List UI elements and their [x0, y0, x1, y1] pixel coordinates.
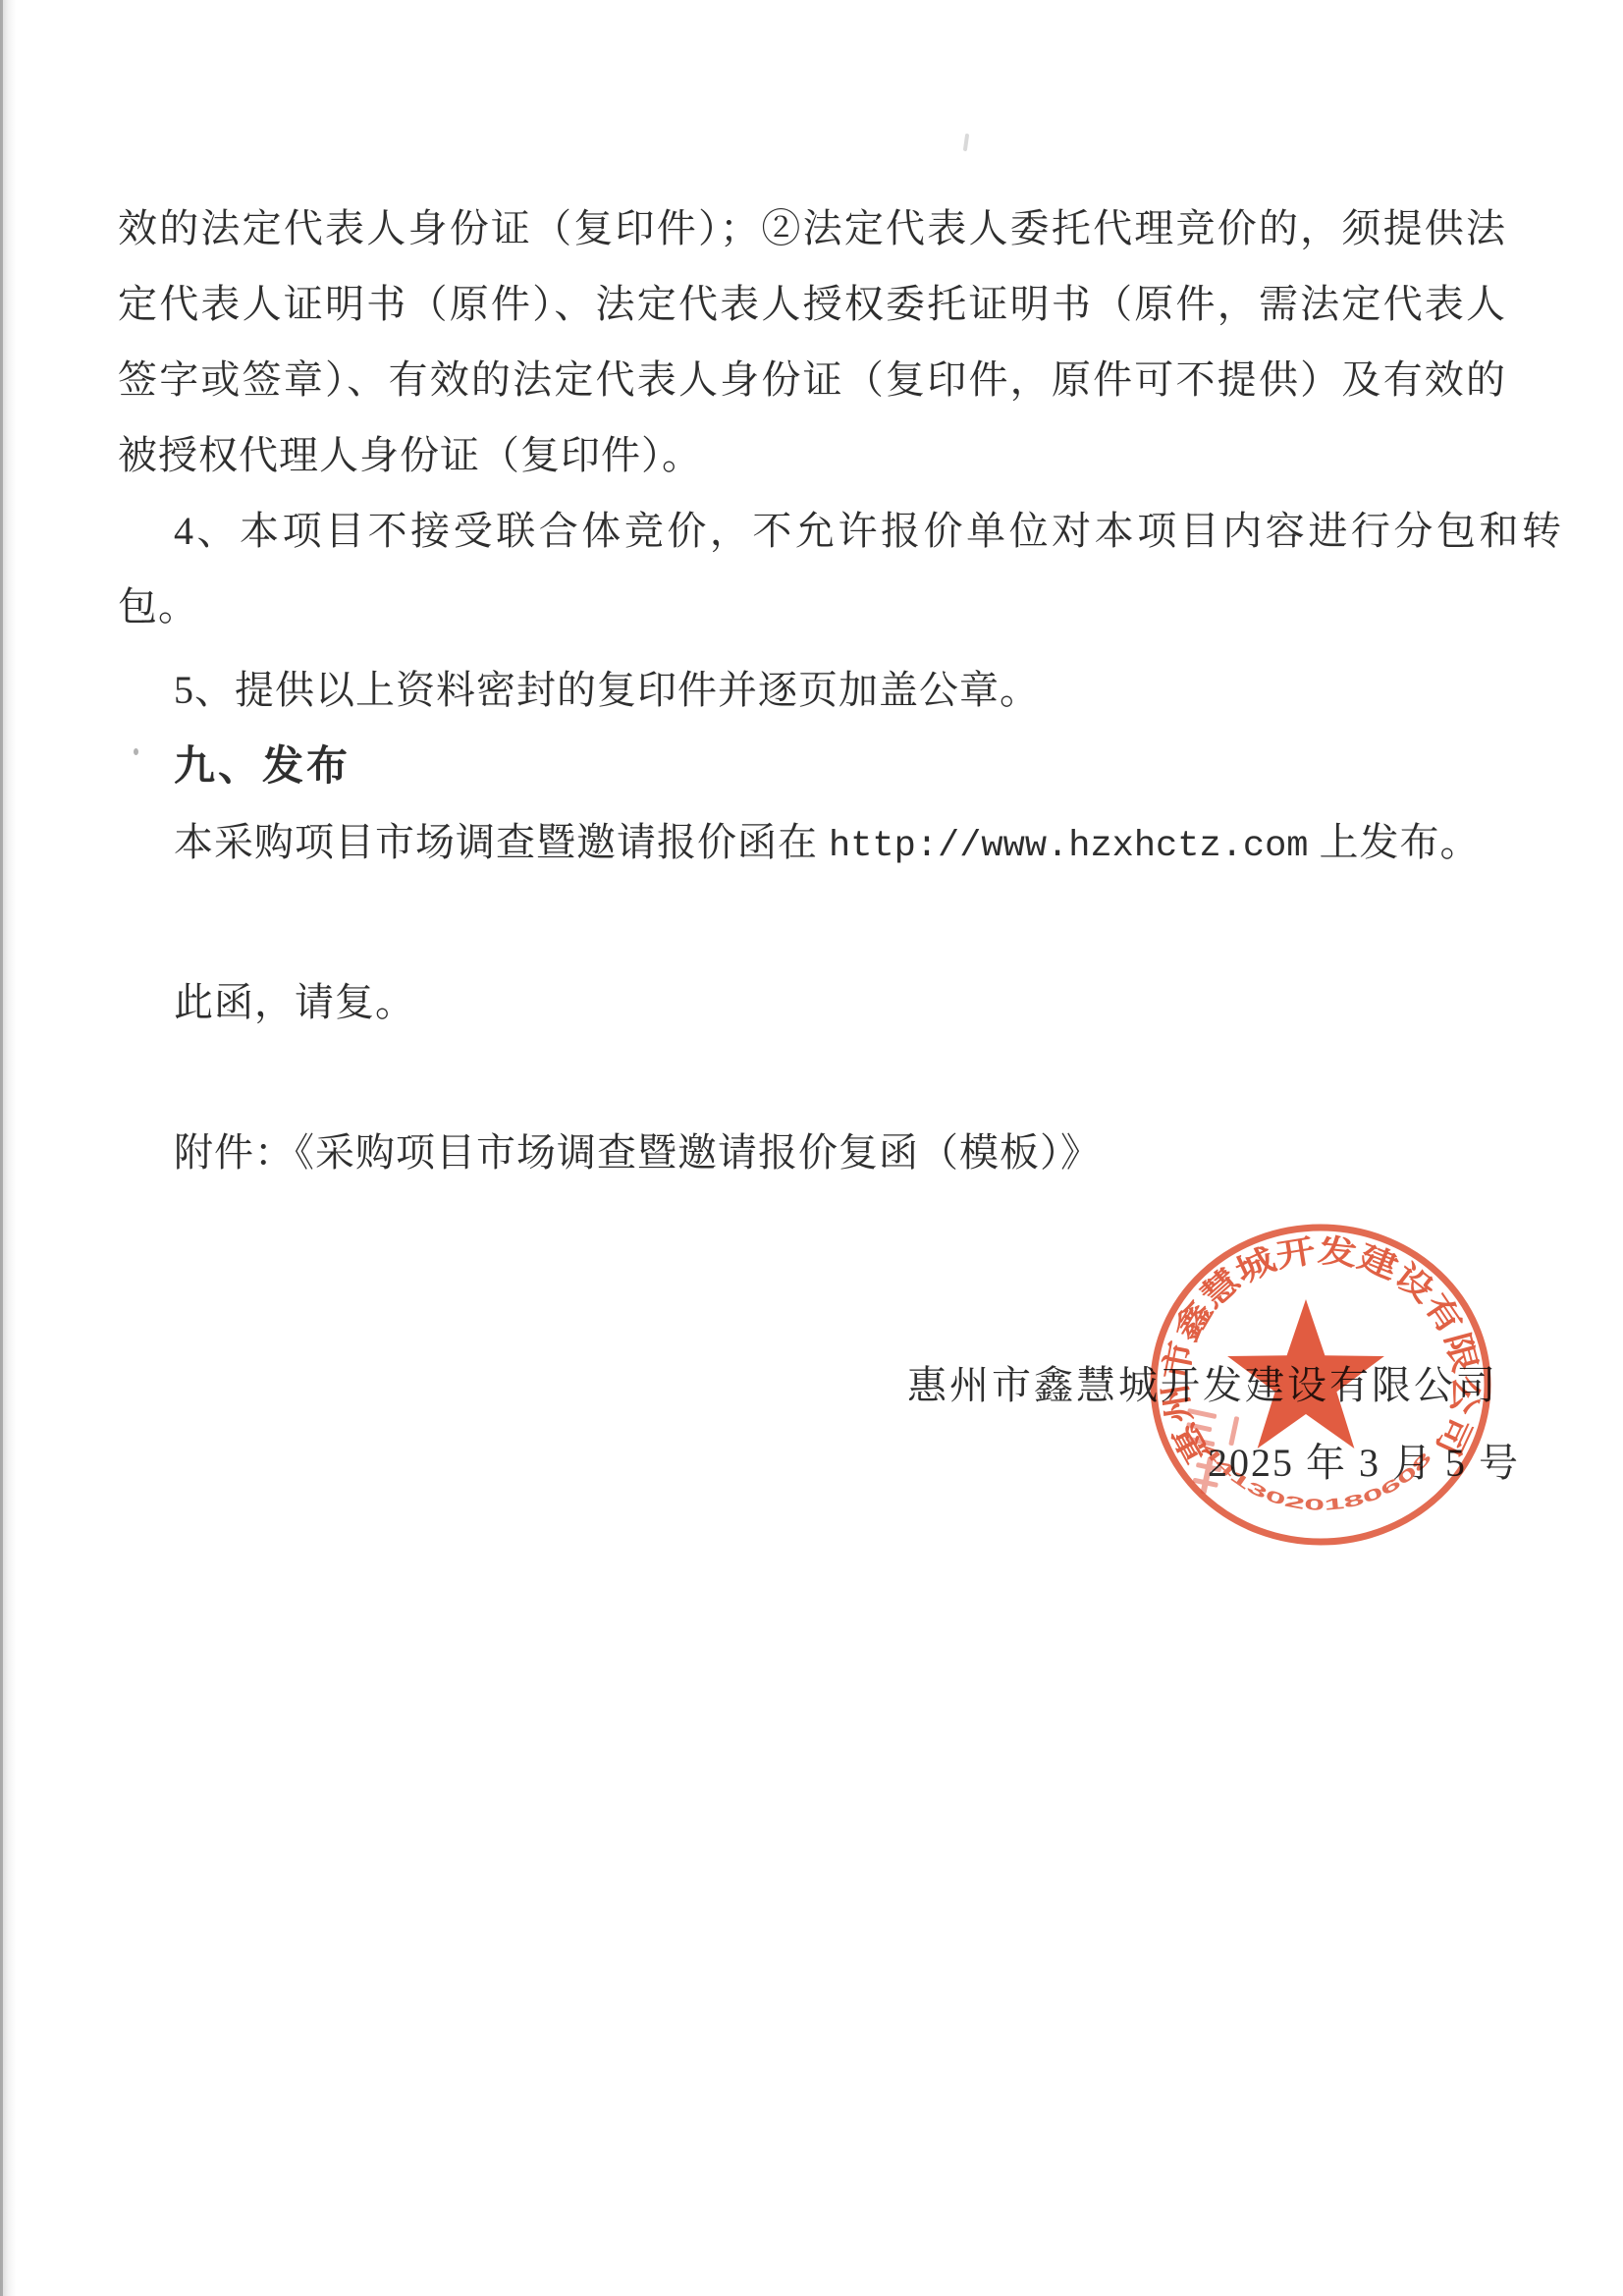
- body-line-2: 定代表人证明书（原件）、法定代表人授权委托证明书（原件，需法定代表人: [118, 280, 1506, 329]
- publish-line: 本采购项目市场调查暨邀请报价函在 http://www.hzxhctz.com …: [118, 818, 1562, 871]
- svg-text:4413020180608: 4413020180608: [1198, 1440, 1435, 1514]
- body-line-3: 签字或签章）、有效的法定代表人身份证（复印件，原件可不提供）及有效的: [118, 355, 1506, 405]
- closing-line: 此函，请复。: [118, 978, 1562, 1027]
- company-seal: 惠州市鑫慧城开发建设有限公司 4413020180608: [1119, 1193, 1522, 1576]
- item-5-line: 5、提供以上资料密封的复印件并逐页加盖公章。: [118, 666, 1562, 715]
- publish-line-prefix: 本采购项目市场调查暨邀请报价函在: [174, 820, 829, 864]
- body-line-4: 被授权代理人身份证（复印件）。: [118, 431, 1506, 480]
- publish-url: http://www.hzxhctz.com: [829, 826, 1308, 867]
- scanned-document-page: 效的法定代表人身份证（复印件）；②法定代表人委托代理竞价的，须提供法 定代表人证…: [0, 0, 1623, 2296]
- body-line-1: 效的法定代表人身份证（复印件）；②法定代表人委托代理竞价的，须提供法: [118, 204, 1506, 253]
- seal-star-icon: [1227, 1299, 1384, 1449]
- seal-serial-number: 4413020180608: [1198, 1440, 1435, 1514]
- scan-edge-line: [0, 0, 3, 2296]
- item-4-line-2: 包。: [118, 582, 1506, 631]
- scan-smudge: [963, 134, 969, 151]
- publish-line-suffix: 上发布。: [1308, 820, 1480, 864]
- attachment-line: 附件：《采购项目市场调查暨邀请报价复函（模板）》: [118, 1128, 1562, 1177]
- section-heading: 九、发布: [118, 741, 1562, 791]
- item-4-line-1: 4、本项目不接受联合体竞价，不允许报价单位对本项目内容进行分包和转: [118, 507, 1562, 556]
- company-seal-graphic: 惠州市鑫慧城开发建设有限公司 4413020180608: [1119, 1193, 1522, 1576]
